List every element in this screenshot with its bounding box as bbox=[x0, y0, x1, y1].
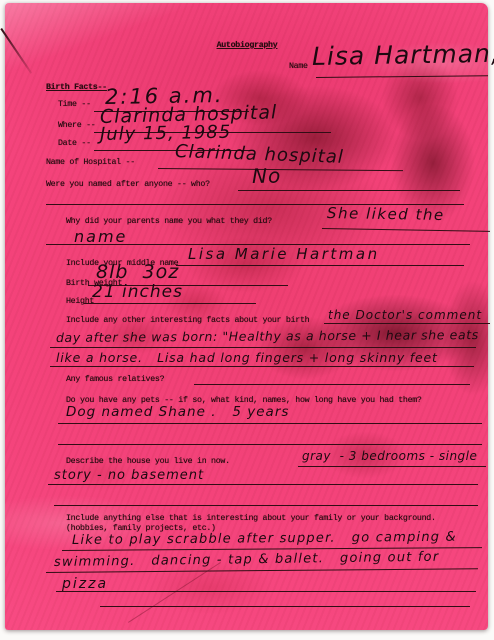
naming-question: Why did your parents name you what they … bbox=[66, 217, 272, 226]
house-answer-line1-handwriting: gray - 3 bedrooms - single bbox=[302, 450, 477, 462]
named-after-underline bbox=[238, 190, 460, 191]
house-question: Describe the house you live in now. bbox=[66, 457, 230, 466]
middle-name-underline bbox=[176, 265, 464, 266]
height-value-handwriting: 21 inches bbox=[92, 284, 183, 301]
birth-facts-heading: Birth Facts-- bbox=[46, 83, 107, 92]
family-question-line1: Include anything else that is interestin… bbox=[66, 514, 436, 523]
named-after-value-handwriting: No bbox=[252, 165, 282, 186]
hospital-label: Name of Hospital -- bbox=[46, 158, 135, 167]
height-label: Height bbox=[66, 297, 94, 306]
relatives-answer-underline bbox=[194, 384, 470, 385]
facts-answer-line2-underline bbox=[50, 347, 476, 348]
middle-name-value-handwriting: Lisa Marie Hartman bbox=[188, 247, 380, 262]
blank-line bbox=[100, 606, 470, 607]
date-value-handwriting: July 15, 1985 bbox=[100, 124, 232, 144]
facts-answer-line3-handwriting: like a horse. Lisa had long fingers + lo… bbox=[56, 352, 438, 365]
blank-line bbox=[58, 444, 482, 445]
naming-answer-line2-handwriting: name bbox=[74, 229, 127, 245]
family-answer-line3-underline bbox=[56, 591, 476, 592]
name-label: Name bbox=[289, 62, 308, 71]
pets-answer-handwriting: Dog named Shane . 5 years bbox=[66, 406, 289, 420]
birth-weight-value-handwriting: 8lb 3oz bbox=[96, 263, 179, 282]
time-label: Time -- bbox=[58, 100, 91, 109]
height-underline bbox=[84, 303, 256, 304]
named-after-label: Were you named after anyone -- who? bbox=[46, 180, 210, 189]
name-value-handwriting: Lisa Hartman, bbox=[312, 41, 494, 69]
facts-question: Include any other interesting facts abou… bbox=[66, 316, 309, 325]
facts-answer-line1-underline bbox=[324, 323, 490, 324]
facts-answer-line3-underline bbox=[50, 366, 474, 367]
naming-answer-line1-handwriting: She liked the bbox=[327, 206, 445, 223]
house-answer-line1-underline bbox=[298, 466, 486, 467]
family-answer-line1-handwriting: Like to play scrabble after supper. go c… bbox=[72, 531, 457, 547]
facts-answer-line2-handwriting: day after she was born: "Healthy as a ho… bbox=[56, 329, 479, 344]
date-label: Date -- bbox=[58, 139, 91, 148]
pets-answer-underline bbox=[58, 423, 482, 424]
house-answer-line2-handwriting: story - no basement bbox=[54, 469, 204, 482]
facts-answer-line1-handwriting: the Doctor's comment bbox=[328, 309, 482, 321]
family-answer-line3-handwriting: pizza bbox=[62, 577, 108, 591]
where-label: Where -- bbox=[58, 121, 95, 130]
house-answer-line2-underline bbox=[48, 484, 478, 485]
scanned-autobiography-form: Autobiography Name Lisa Hartman, Birth F… bbox=[0, 0, 494, 640]
relatives-question: Any famous relatives? bbox=[66, 375, 164, 384]
blank-line bbox=[54, 505, 478, 506]
